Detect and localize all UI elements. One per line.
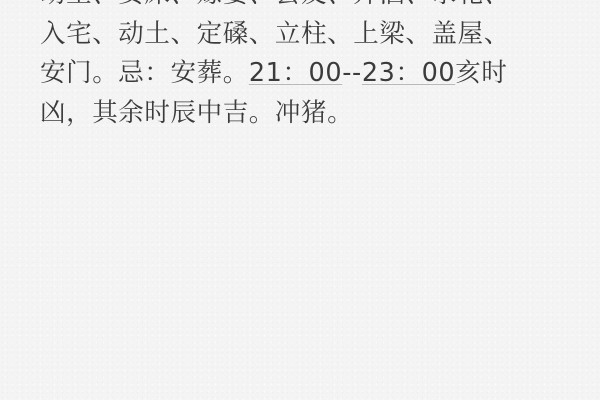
note-body[interactable]: 动土、安床、嫁娶、会友、开酒、求花、 入宅、动土、定磉、立柱、上梁、盖屋、 安门… xyxy=(40,0,560,133)
time-link-end[interactable]: 23：00 xyxy=(362,58,455,88)
note-text: -- xyxy=(342,58,362,88)
time-link-start[interactable]: 21：00 xyxy=(249,58,342,88)
note-line-clipped: 动土、安床、嫁娶、会友、开酒、求花、 xyxy=(40,0,560,15)
note-text: 安门。忌：安葬。 xyxy=(40,58,249,88)
note-line: 入宅、动土、定磉、立柱、上梁、盖屋、 xyxy=(40,15,560,55)
note-line: 凶，其余时辰中吉。冲猪。 xyxy=(40,94,560,134)
note-text: 亥时 xyxy=(455,58,507,88)
note-line: 安门。忌：安葬。21：00--23：00亥时 xyxy=(40,54,560,94)
